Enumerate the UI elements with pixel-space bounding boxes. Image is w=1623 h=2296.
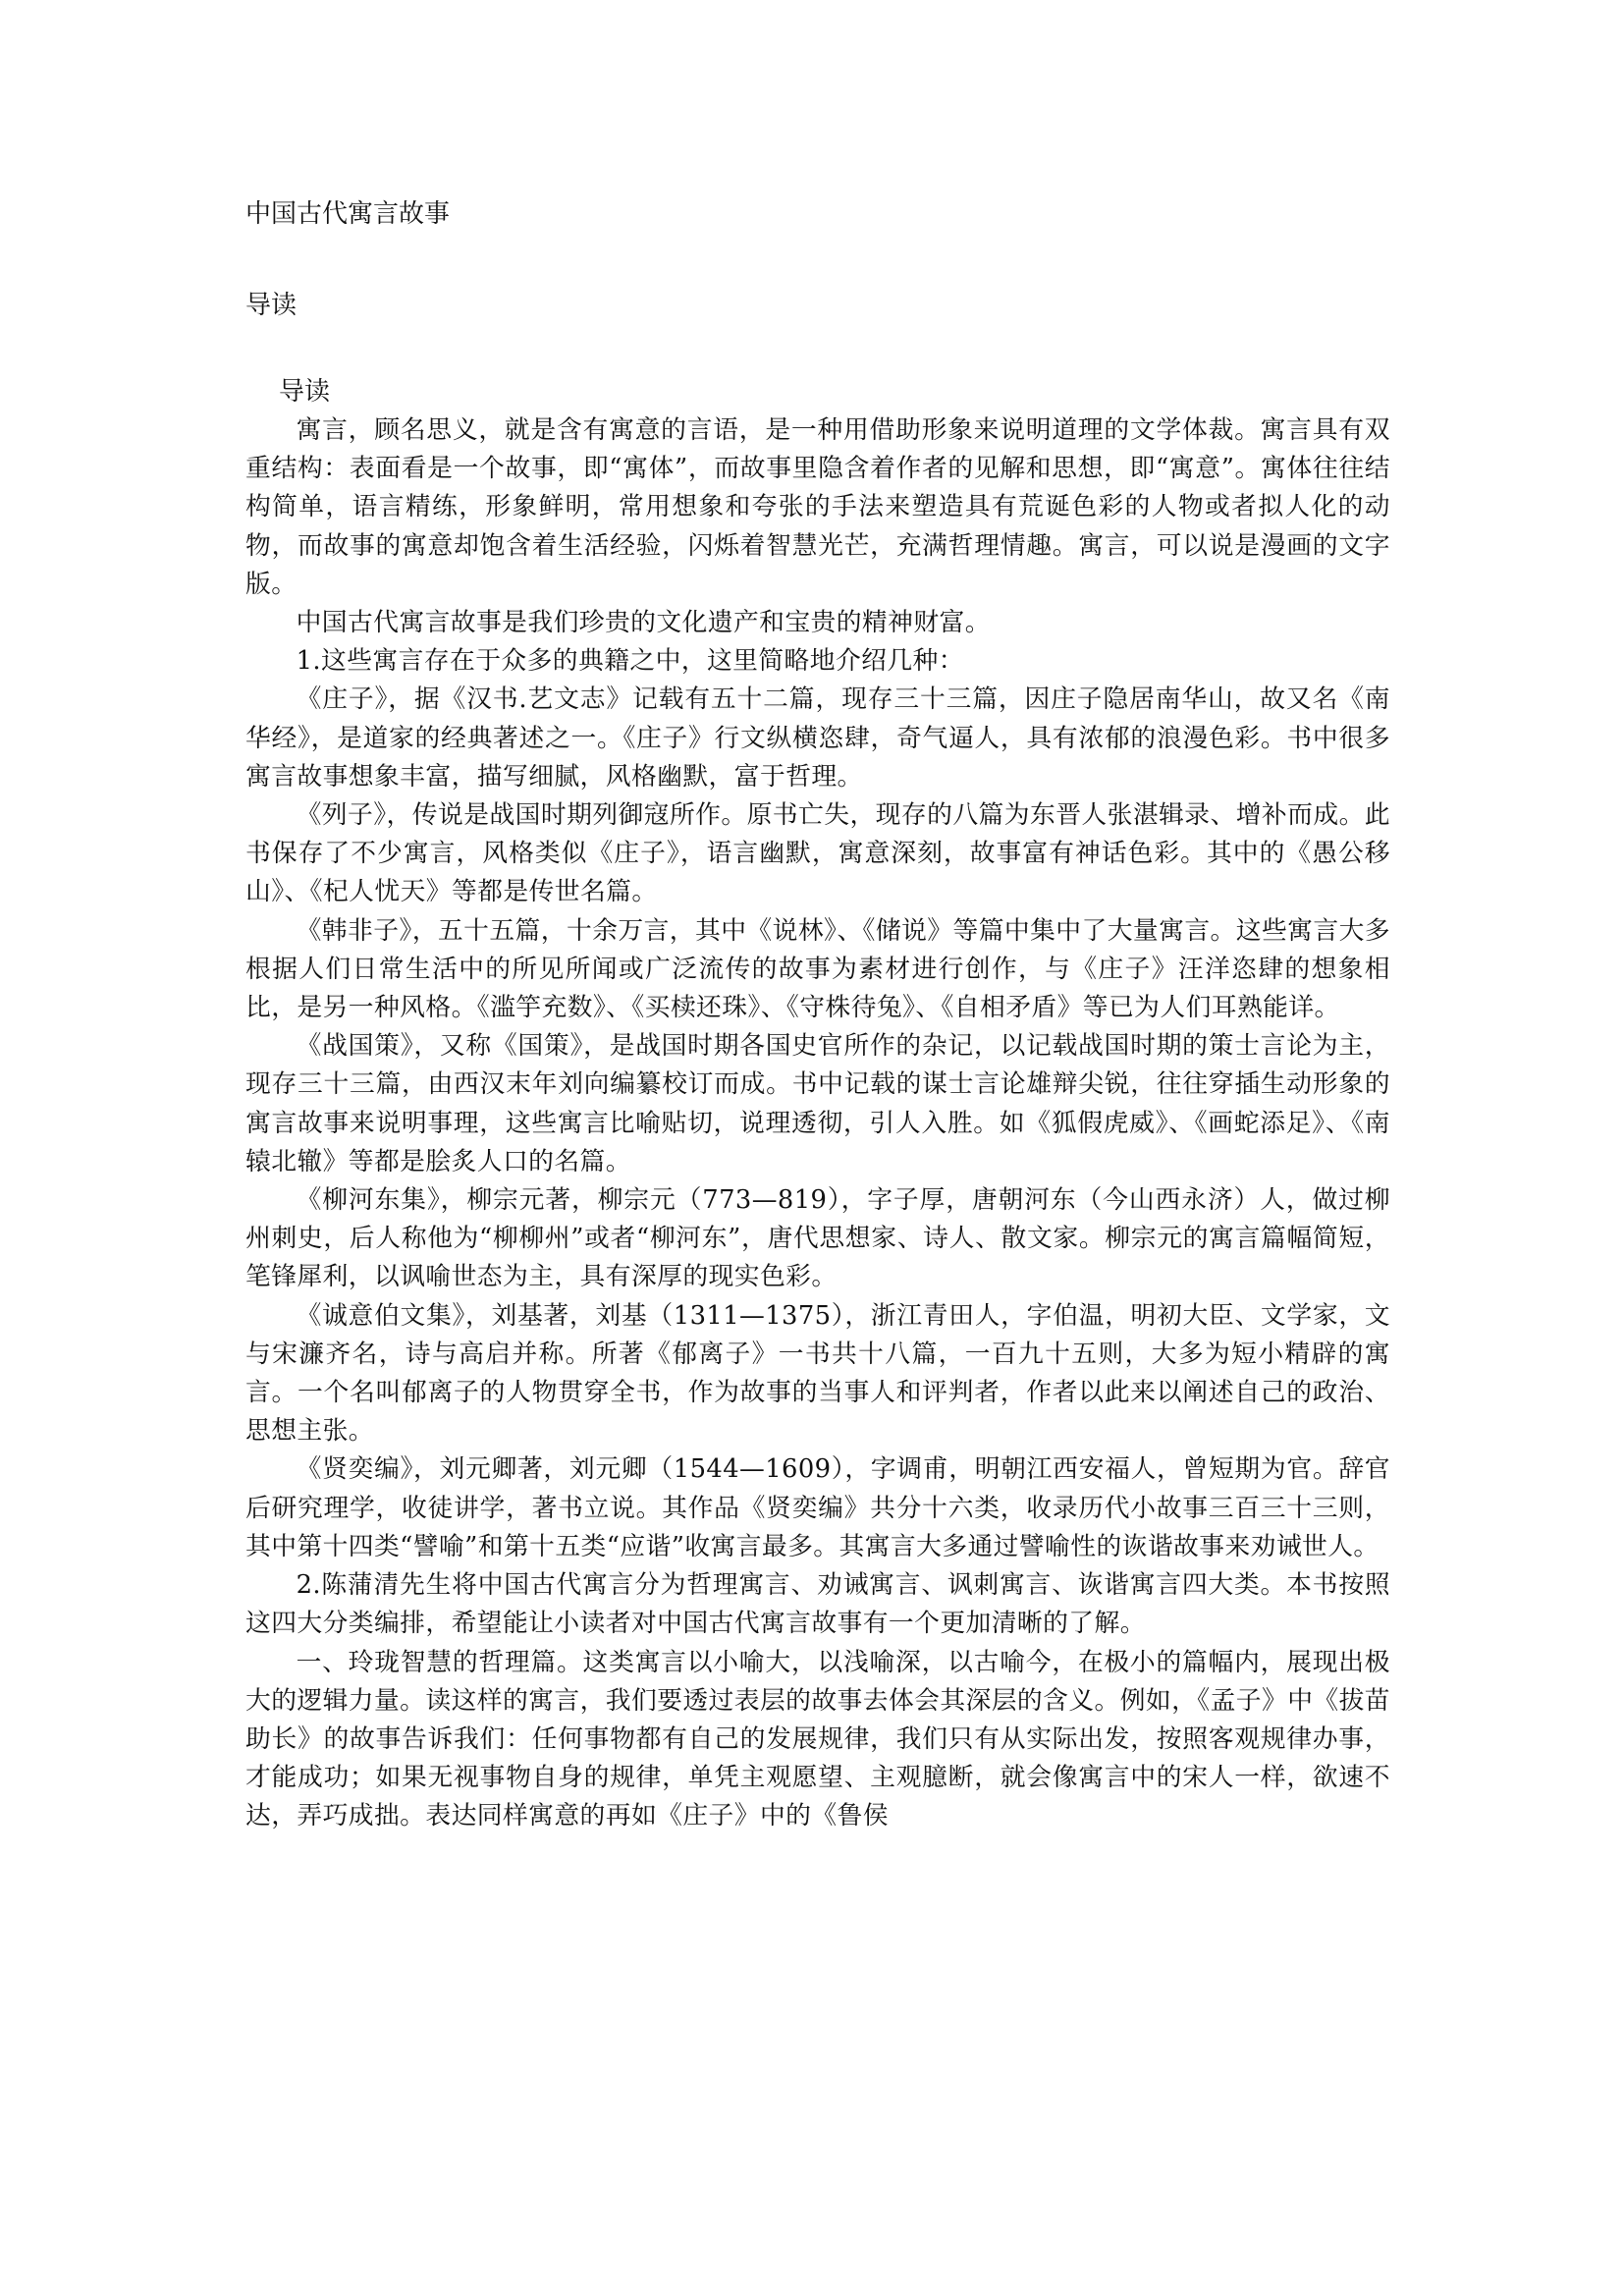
paragraph-zhanguoce: 《战国策》，又称《国策》，是战国时期各国史官所作的杂记，以记载战国时期的策士言论… <box>245 1027 1390 1181</box>
paragraph-zhuangzi: 《庄子》，据《汉书.艺文志》记载有五十二篇，现存三十三篇，因庄子隐居南华山，故又… <box>245 681 1390 796</box>
paragraph-intro: 寓言，顾名思义，就是含有寓意的言语，是一种用借助形象来说明道理的文学体裁。寓言具… <box>245 411 1390 604</box>
document-title: 中国古代寓言故事 <box>245 196 450 232</box>
paragraph-liuhedong: 《柳河东集》，柳宗元著，柳宗元（773—819），字子厚，唐朝河东（今山西永济）… <box>245 1181 1390 1297</box>
body-text: 导读 寓言，顾名思义，就是含有寓意的言语，是一种用借助形象来说明道理的文学体裁。… <box>245 373 1390 1836</box>
inner-heading: 导读 <box>245 373 1390 411</box>
paragraph-philosophy: 一、玲珑智慧的哲理篇。这类寓言以小喻大，以浅喻深，以古喻今，在极小的篇幅内，展现… <box>245 1644 1390 1836</box>
paragraph-liezi: 《列子》，传说是战国时期列御寇所作。原书亡失，现存的八篇为东晋人张湛辑录、增补而… <box>245 796 1390 912</box>
paragraph-xianyibian: 《贤奕编》，刘元卿著，刘元卿（1544—1609），字调甫，明朝江西安福人，曾短… <box>245 1450 1390 1566</box>
paragraph-list-1: 1.这些寓言存在于众多的典籍之中，这里简略地介绍几种： <box>245 642 1390 681</box>
paragraph-list-2: 2.陈蒲清先生将中国古代寓言分为哲理寓言、劝诫寓言、讽刺寓言、诙谐寓言四大类。本… <box>245 1566 1390 1643</box>
section-heading: 导读 <box>245 288 297 323</box>
paragraph-chengyibo: 《诚意伯文集》，刘基著，刘基（1311—1375），浙江青田人，字伯温，明初大臣… <box>245 1297 1390 1451</box>
paragraph-heritage: 中国古代寓言故事是我们珍贵的文化遗产和宝贵的精神财富。 <box>245 604 1390 642</box>
paragraph-hanfeizi: 《韩非子》，五十五篇，十余万言，其中《说林》、《储说》等篇中集中了大量寓言。这些… <box>245 912 1390 1028</box>
